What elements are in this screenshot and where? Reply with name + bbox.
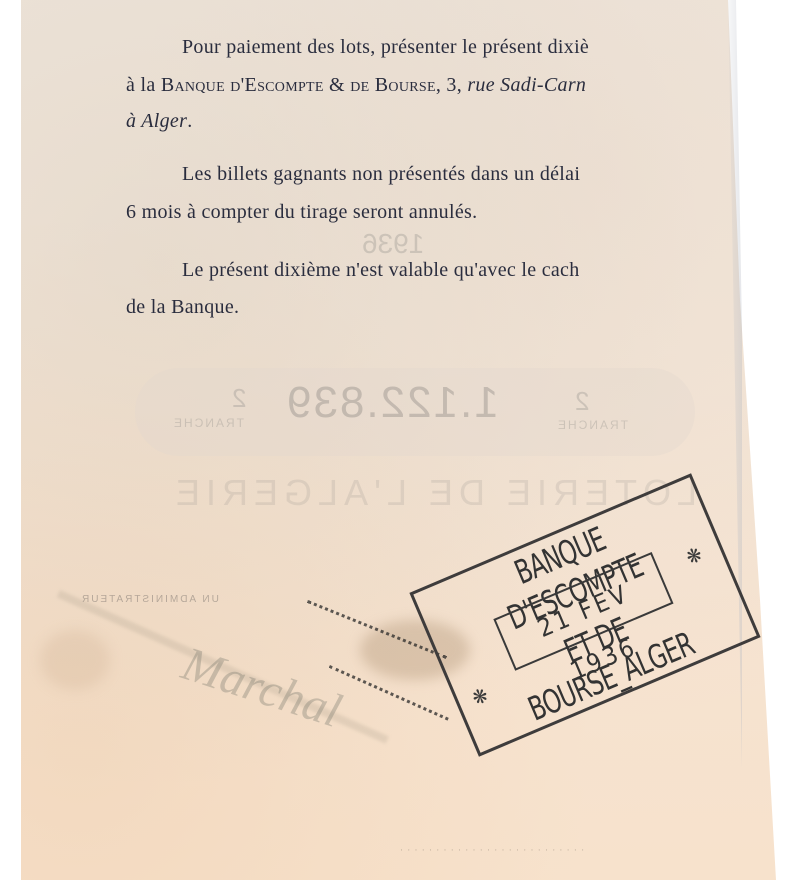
para1-line2: à la Banque d'Escompte & de Bourse, 3, r…	[126, 74, 586, 97]
para3-line2: de la Banque.	[126, 296, 239, 319]
ghost-tranche-left-number: 2	[232, 383, 246, 414]
street-address: rue Sadi-Carn	[467, 74, 586, 96]
ghost-tranche-right-number: 2	[575, 386, 589, 417]
printer-imprint: · · · · · · · · · · · · · · · · · · · · …	[400, 845, 585, 855]
ghost-admin-line: UN ADMINISTRATEUR	[80, 594, 219, 605]
para2-line1: Les billets gagnants non présentés dans …	[182, 163, 580, 186]
instructions-block: Pour paiement des lots, présenter le pré…	[0, 0, 737, 340]
para1-line3: à Alger.	[126, 110, 193, 133]
ghost-ticket-number: 1.122.839	[285, 378, 499, 428]
para1-line1: Pour paiement des lots, présenter le pré…	[182, 36, 589, 59]
ghost-tranche-left-label: TRANCHE	[172, 416, 244, 430]
bank-name: Banque d'Escompte & de Bourse	[161, 74, 436, 96]
stain	[40, 630, 110, 690]
ghost-tranche-right-label: TRANCHE	[556, 418, 628, 432]
para3-line1: Le présent dixième n'est valable qu'avec…	[182, 259, 580, 282]
para2-line2: 6 mois à compter du tirage seront annulé…	[126, 201, 477, 224]
